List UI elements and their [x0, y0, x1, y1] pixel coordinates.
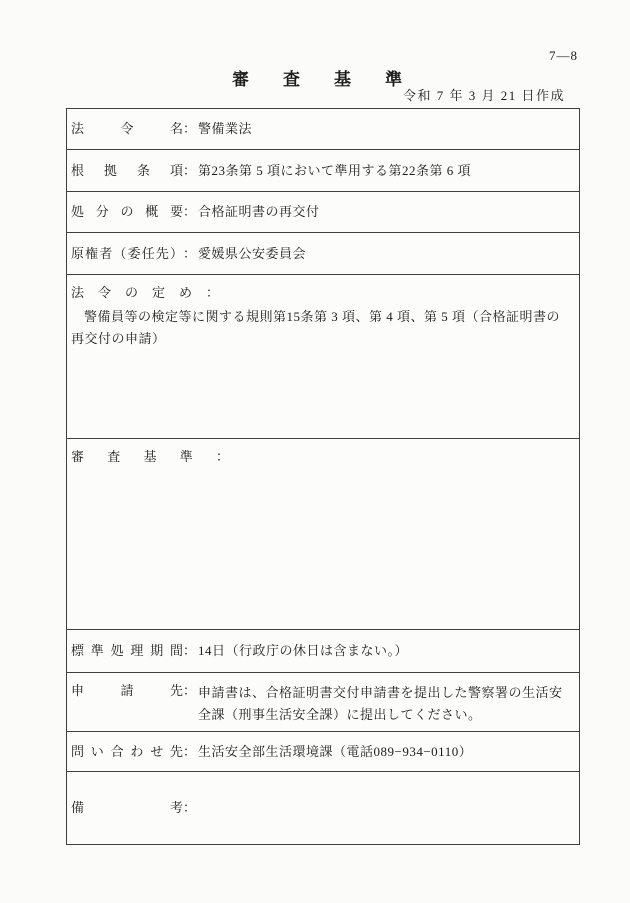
- application-destination-value: 申請書は、合格証明書交付申請書を提出した警察署の生活安全課（刑事生活安全課）に提…: [198, 682, 572, 726]
- colon: ：: [183, 245, 196, 263]
- law-provisions-label: 法令の定め：: [71, 284, 219, 302]
- colon: ：: [183, 799, 196, 817]
- law-name-label: 法令名: [71, 120, 183, 138]
- row-original-authority: 原権者（委任先）：愛媛県公安委員会: [67, 232, 579, 274]
- row-law-provisions: 法令の定め： 警備員等の検定等に関する規則第15条第 3 項、第 4 項、第 5…: [67, 274, 579, 438]
- colon: ：: [183, 682, 196, 700]
- creation-date: 令和 7 年 3 月 21 日作成: [403, 85, 565, 104]
- colon: ：: [183, 120, 196, 138]
- row-disposition-summary: 処分の概要：合格証明書の再交付: [67, 191, 579, 232]
- row-review-criteria: 審査基準：: [67, 438, 579, 629]
- legal-basis-label: 根拠条項: [71, 162, 183, 180]
- row-remarks: 備考：: [67, 771, 579, 844]
- disposition-summary-label: 処分の概要: [71, 203, 183, 221]
- document-page: { "page": { "number": "7—8", "title": "審…: [0, 0, 630, 903]
- colon: ：: [183, 162, 196, 180]
- standard-processing-period-label: 標準処理期間: [71, 642, 183, 660]
- standard-processing-period-value: 14日（行政庁の休日は含まない。）: [198, 643, 408, 658]
- row-standard-processing-period: 標準処理期間：14日（行政庁の休日は含まない。）: [67, 629, 579, 672]
- colon: ：: [183, 203, 196, 221]
- disposition-summary-value: 合格証明書の再交付: [198, 204, 320, 219]
- colon: ：: [183, 642, 196, 660]
- law-provisions-body: 警備員等の検定等に関する規則第15条第 3 項、第 4 項、第 5 項（合格証明…: [71, 306, 573, 350]
- original-authority-value: 愛媛県公安委員会: [198, 246, 306, 261]
- application-destination-label: 申請先: [71, 682, 183, 700]
- row-law-name: 法令名：警備業法: [67, 109, 579, 149]
- contact-value: 生活安全部生活環境課（電話089−934−0110）: [198, 744, 472, 759]
- law-name-value: 警備業法: [198, 121, 252, 136]
- original-authority-label: 原権者（委任先）: [71, 245, 183, 263]
- contact-label: 問い合わせ先: [71, 743, 183, 761]
- review-criteria-label: 審査基準：: [71, 448, 229, 466]
- legal-basis-value: 第23条第 5 項において準用する第22条第 6 項: [198, 163, 471, 178]
- row-application-destination: 申請先：申請書は、合格証明書交付申請書を提出した警察署の生活安全課（刑事生活安全…: [67, 672, 579, 731]
- criteria-table: 法令名：警備業法 根拠条項：第23条第 5 項において準用する第22条第 6 項…: [66, 108, 580, 845]
- row-legal-basis: 根拠条項：第23条第 5 項において準用する第22条第 6 項: [67, 149, 579, 191]
- row-contact: 問い合わせ先：生活安全部生活環境課（電話089−934−0110）: [67, 731, 579, 771]
- colon: ：: [183, 743, 196, 761]
- page-number: 7—8: [549, 48, 578, 64]
- remarks-label: 備考: [71, 799, 183, 817]
